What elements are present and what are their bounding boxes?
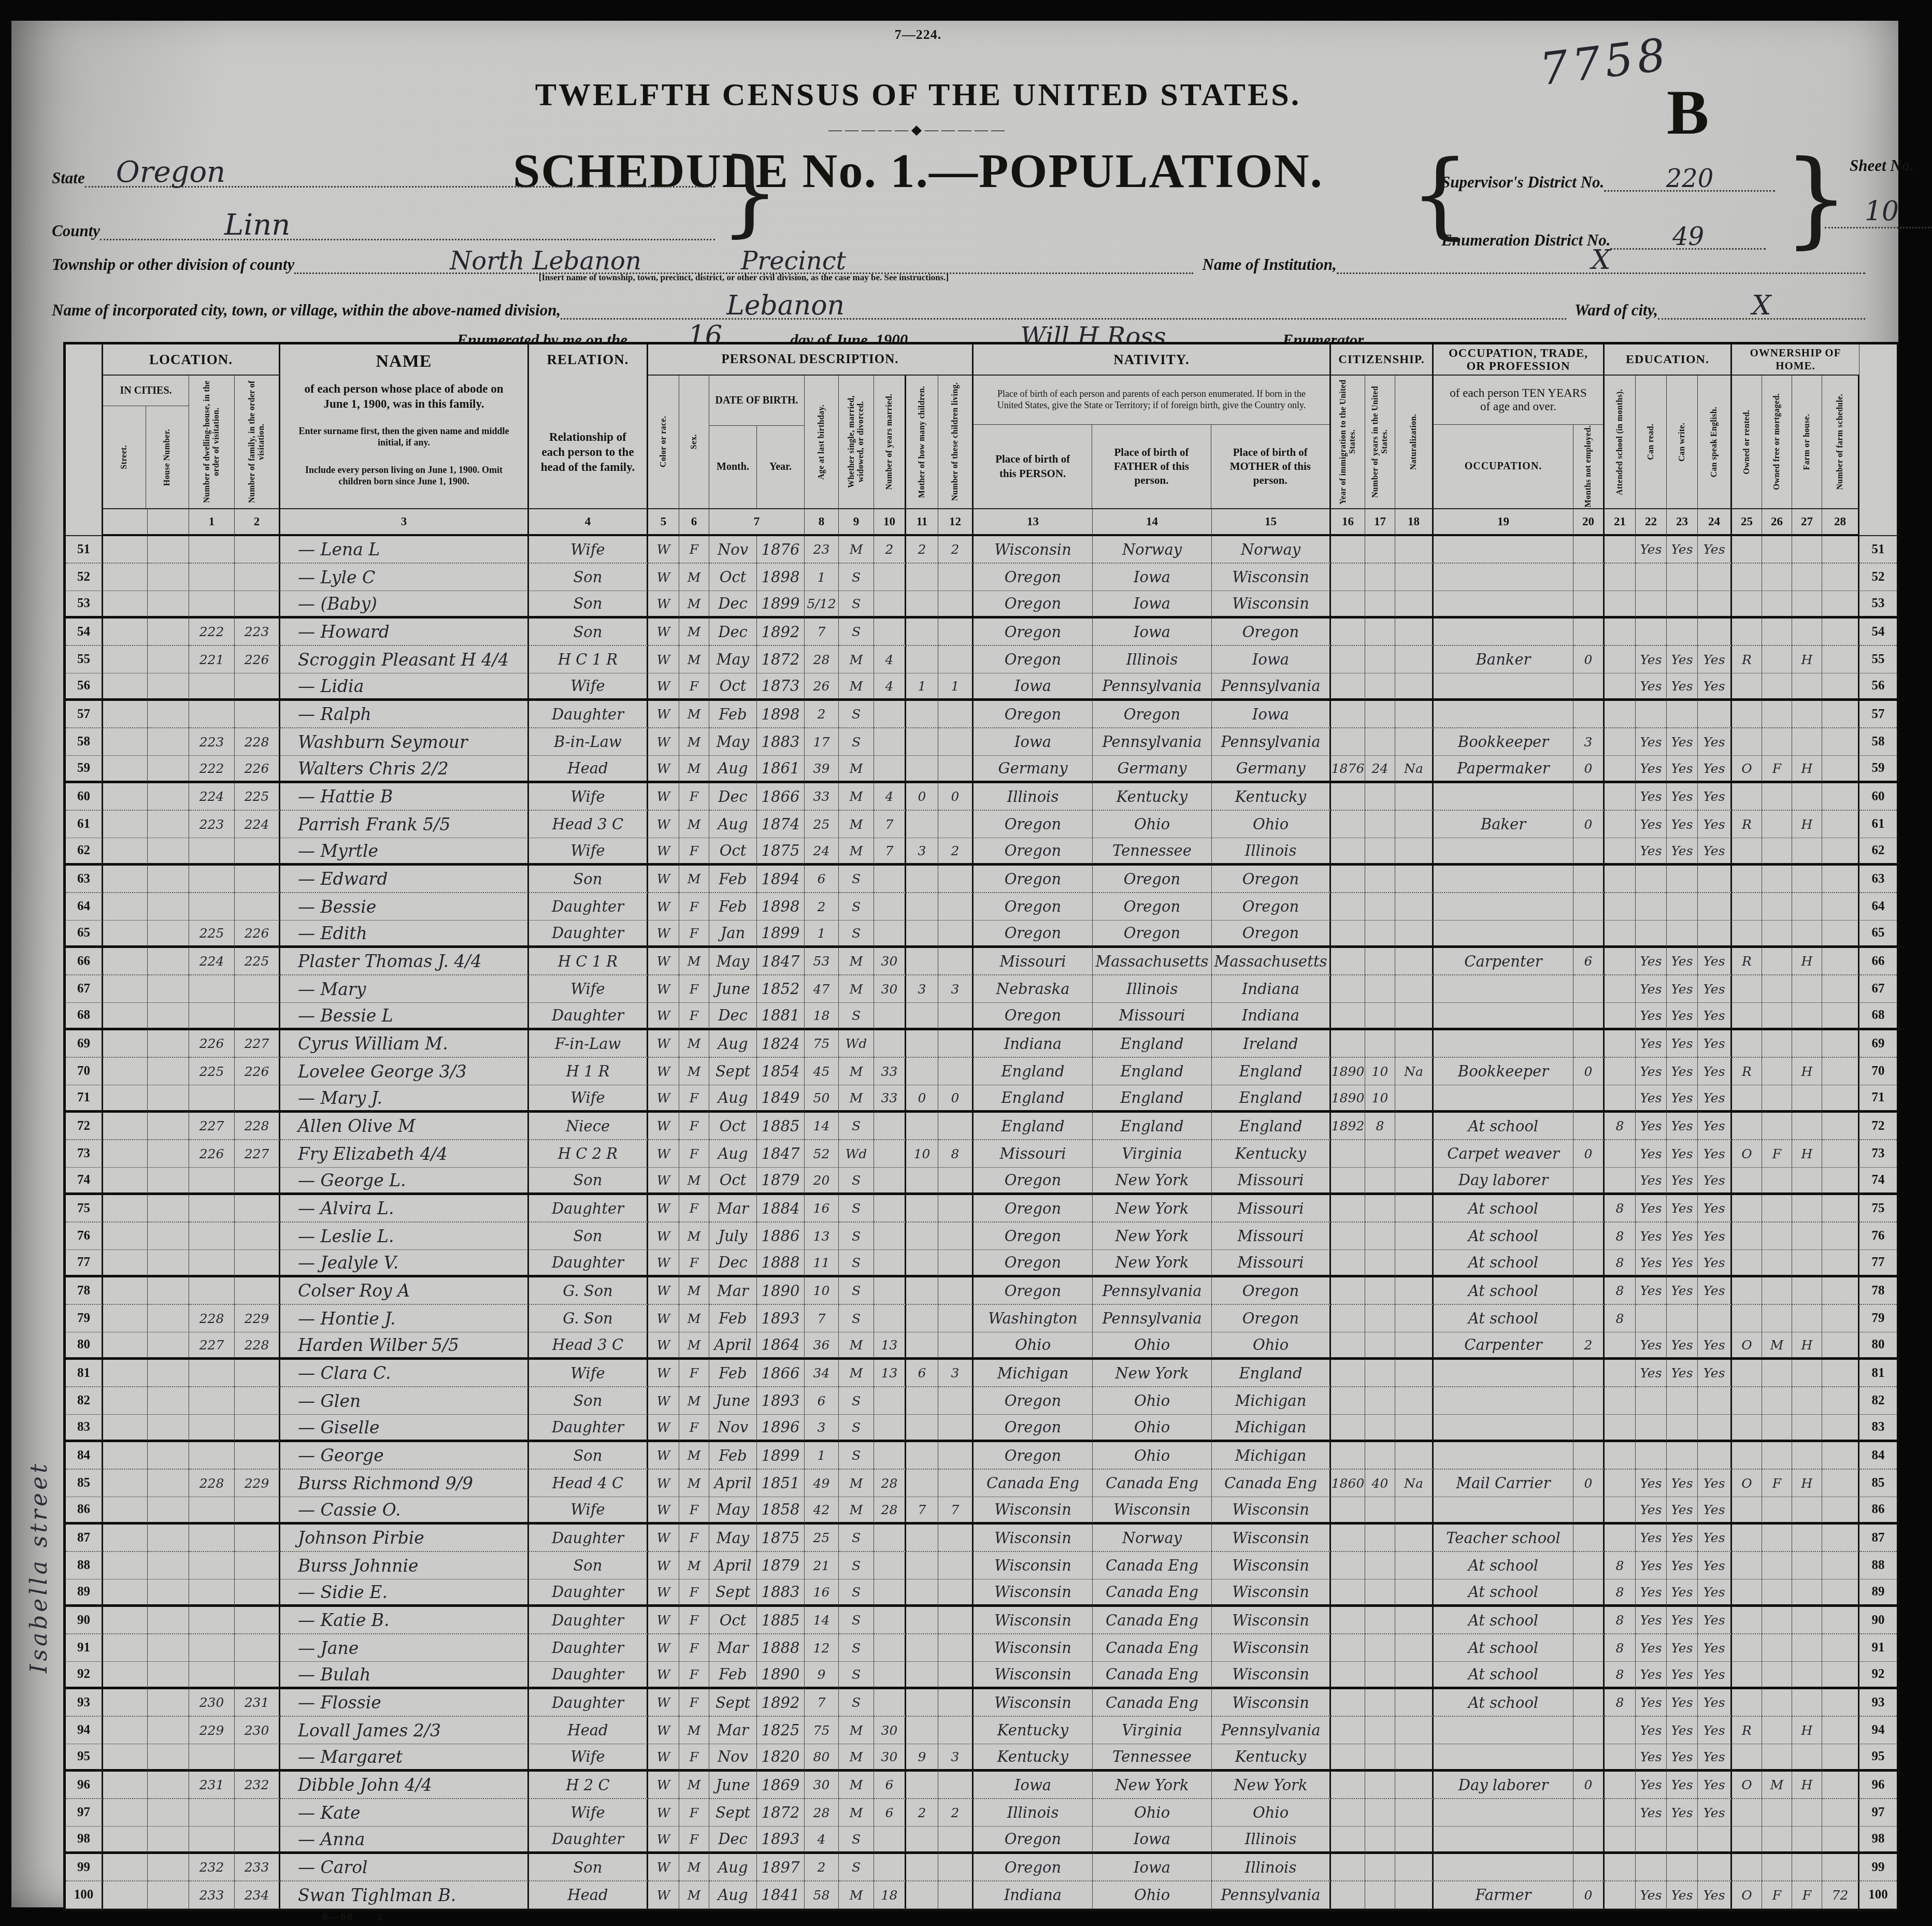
cell-value-rd: Yes [1640,1502,1662,1517]
table-cell-wr [1667,564,1698,591]
cell-value-ms: S [852,1420,861,1435]
cell-value-ms: S [852,1283,861,1298]
table-cell-as [1605,1003,1636,1030]
cell-value-ag: 10 [813,1283,830,1298]
table-cell-hn [148,1113,189,1140]
cell-value-or: R [1742,817,1752,832]
line-number: 69 [66,1030,103,1058]
table-cell-fa [235,1744,280,1772]
table-cell-mc [906,1881,938,1909]
cell-value-mo: May [717,953,749,970]
cell-value-wr: Yes [1671,1090,1693,1105]
cell-value-fh: H [1801,954,1813,969]
table-cell-hn [148,1195,189,1223]
table-cell-as [1605,673,1636,701]
table-cell-mb: Pennsylvania [1212,728,1331,756]
left-brace: { [1410,141,1470,249]
cell-value-mo: Sept [715,1804,750,1821]
cell-value-ag: 17 [813,735,830,750]
table-cell-yr: 1876 [757,536,805,564]
table-cell-co: W [648,1113,679,1140]
table-cell-fb: England [1093,1113,1212,1140]
cell-value-fb: Pennsylvania [1102,733,1201,751]
cell-value-iy: 1890 [1332,1064,1365,1079]
table-cell-yu [1365,1662,1395,1689]
table-cell-oc: At school [1434,1305,1573,1332]
table-cell-wr [1667,591,1698,619]
table-cell-cl [938,1881,974,1909]
cell-value-yr: 1894 [762,870,800,888]
cell-value-mn: 0 [1584,1146,1593,1161]
table-cell-iy [1331,1305,1365,1332]
table-cell-st [103,1223,148,1250]
cell-value-wr: Yes [1671,1008,1693,1023]
table-cell-fs [1822,975,1859,1003]
table-cell-en: Yes [1698,1223,1732,1250]
cell-value-fh: H [1801,652,1813,667]
table-cell-fs [1822,1387,1859,1415]
table-cell-ym: 28 [874,1470,906,1497]
cell-value-mc: 3 [918,982,926,997]
table-cell-ms: S [839,1387,874,1415]
table-cell-ms: M [839,1744,874,1772]
cell-value-pb: Illinois [1007,788,1059,806]
table-cell-fh [1792,1360,1822,1387]
table-cell-en: Yes [1698,838,1732,866]
line-number: 62 [1859,838,1897,866]
table-cell-ag: 26 [805,673,839,701]
table-cell-ms: S [839,1552,874,1579]
table-cell-mn: 0 [1573,1470,1605,1497]
table-cell-or: O [1732,1881,1762,1909]
cell-value-wr: Yes [1671,1613,1693,1628]
table-cell-dw: 227 [189,1332,235,1360]
table-cell-co: W [648,1223,679,1250]
table-cell-ms: S [839,1250,874,1277]
table-cell-en: Yes [1698,1277,1732,1305]
cell-value-rl: Wife [570,1748,605,1765]
table-cell-dw [189,1003,235,1030]
table-cell-yu: 40 [1365,1470,1395,1497]
table-cell-ms: S [839,1607,874,1634]
cell-value-mb: Iowa [1252,706,1289,723]
table-cell-fh [1792,619,1822,646]
table-cell-or [1732,975,1762,1003]
table-cell-rl: Head [529,1881,648,1909]
cell-value-nm: — Jealyle V. [298,1253,398,1273]
table-cell-st [103,646,148,673]
table-cell-yr: 1890 [757,1662,805,1689]
cell-value-as: 8 [1616,1118,1624,1133]
table-cell-co: W [648,1030,679,1058]
table-cell-yr: 1824 [757,1030,805,1058]
table-cell-pb: Oregon [974,921,1093,948]
cell-value-yr: 1872 [762,651,800,668]
cell-value-wr: Yes [1671,1530,1693,1545]
cell-value-cl: 3 [951,1749,960,1764]
cell-value-nm: — Lidia [298,676,364,696]
cell-value-ag: 14 [813,1613,830,1628]
table-cell-oc: Banker [1434,646,1573,673]
table-cell-rd: Yes [1636,1195,1667,1223]
cell-value-co: W [657,542,670,557]
table-cell-yr: 1879 [757,1168,805,1195]
cell-value-sx: F [690,1502,698,1517]
line-number: 73 [66,1140,103,1168]
group-occupation: OCCUPATION, TRADE, OR PROFESSION [1434,344,1605,376]
table-cell-hn [148,1168,189,1195]
table-cell-fs [1822,1634,1859,1662]
table-cell-fb: Pennsylvania [1093,1277,1212,1305]
table-cell-hn [148,673,189,701]
table-cell-ym [874,1607,906,1634]
table-cell-mb: Michigan [1212,1415,1331,1442]
cell-value-cl: 3 [951,1366,960,1381]
cell-value-rd: Yes [1640,1613,1662,1628]
table-cell-nm: Swan Tighlman B. [280,1881,529,1909]
cell-value-sx: F [690,679,698,694]
cell-value-mb: Missouri [1237,1254,1304,1271]
table-cell-dw: 233 [189,1881,235,1909]
table-cell-sx: F [679,673,709,701]
table-cell-fa [235,564,280,591]
table-cell-oc [1434,1442,1573,1470]
cell-value-mc: 0 [918,789,926,804]
table-cell-mc: 9 [906,1744,938,1772]
table-cell-mb: England [1212,1058,1331,1085]
table-cell-mb: Massachusetts [1212,948,1331,975]
cell-value-pb: Iowa [1014,733,1051,751]
table-cell-yr: 1864 [757,1332,805,1360]
table-cell-as: 8 [1605,1305,1636,1332]
table-cell-nm: — Sidie E. [280,1579,529,1607]
table-cell-iy [1331,1277,1365,1305]
table-cell-fh [1792,1744,1822,1772]
cell-value-dw: 223 [199,817,224,832]
table-cell-fs [1822,1250,1859,1277]
table-cell-co: W [648,564,679,591]
cell-value-ag: 6 [818,871,826,886]
cell-value-fb: Norway [1122,541,1182,558]
cell-value-pb: Wisconsin [994,1557,1071,1574]
table-cell-co: W [648,948,679,975]
table-cell-yr: 1869 [757,1772,805,1799]
cell-value-nm: — Hontie J. [298,1309,395,1329]
table-cell-st [103,811,148,838]
cell-value-wr: Yes [1671,542,1693,557]
cell-value-wr: Yes [1671,1777,1693,1792]
table-cell-pb: Illinois [974,1799,1093,1827]
table-cell-sx: F [679,1689,709,1717]
table-cell-fa [235,536,280,564]
table-cell-cl [938,1689,974,1717]
cell-value-yr: 1896 [762,1418,800,1436]
cell-value-ym: 13 [881,1338,898,1353]
table-cell-as [1605,1497,1636,1525]
cell-value-or: O [1741,761,1752,776]
table-cell-st [103,893,148,921]
table-cell-sx: M [679,1058,709,1085]
cell-value-dw: 222 [199,761,224,776]
table-cell-fh [1792,1525,1822,1552]
table-cell-rl: Wife [529,1085,648,1113]
cell-value-oc: At school [1468,1694,1538,1712]
table-cell-rd: Yes [1636,1332,1667,1360]
cell-value-mo: Dec [718,1007,748,1024]
table-cell-fb: Oregon [1093,893,1212,921]
table-cell-ym [874,921,906,948]
table-cell-st [103,1552,148,1579]
table-cell-ag: 39 [805,756,839,783]
table-cell-or [1732,1799,1762,1827]
table-cell-fb: Tennessee [1093,1744,1212,1772]
cell-value-en: Yes [1704,1201,1725,1216]
table-cell-ag: 50 [805,1085,839,1113]
cell-value-fb: England [1120,1089,1183,1106]
table-cell-or [1732,619,1762,646]
cell-value-co: W [657,1558,670,1573]
cell-value-fa: 226 [245,926,269,941]
cell-value-nm: — Sidie E. [298,1582,388,1602]
table-cell-ag: 53 [805,948,839,975]
table-cell-yu [1365,1579,1395,1607]
table-cell-ag: 7 [805,1689,839,1717]
table-cell-cl: 3 [938,1744,974,1772]
table-cell-fm [1762,1415,1792,1442]
table-cell-st [103,1607,148,1634]
cell-value-fb: Canada Eng [1106,1612,1198,1629]
supervisors-district-value: 220 [1604,164,1775,193]
table-cell-rl: Son [529,1442,648,1470]
table-cell-pb: Michigan [974,1360,1093,1387]
cell-value-yr: 1884 [762,1200,800,1217]
cell-value-fh: H [1801,1338,1813,1353]
table-cell-mc [906,1223,938,1250]
table-cell-fh [1792,975,1822,1003]
institution-value: X [1337,245,1865,276]
table-cell-cl [938,1827,974,1854]
cell-value-fb: Oregon [1124,706,1181,723]
cell-value-yr: 1858 [762,1501,800,1518]
table-cell-iy: 1860 [1331,1470,1365,1497]
cell-value-wr: Yes [1671,1585,1693,1600]
table-cell-as [1605,1140,1636,1168]
table-cell-mb: Iowa [1212,646,1331,673]
cell-value-fh: F [1802,1888,1811,1903]
cell-value-pb: Oregon [1005,595,1062,612]
table-cell-na [1395,1579,1434,1607]
cell-value-rl: Head 4 C [552,1474,623,1492]
cell-value-pb: Oregon [1005,1418,1062,1436]
cell-value-pb: Germany [998,759,1067,777]
table-cell-fs [1822,1579,1859,1607]
cell-value-wr: Yes [1671,1695,1693,1710]
table-cell-sx: F [679,783,709,811]
line-number: 61 [1859,811,1897,838]
cell-value-pb: Missouri [999,953,1066,970]
table-cell-as [1605,893,1636,921]
table-cell-ym: 13 [874,1332,906,1360]
table-cell-sx: F [679,1003,709,1030]
cell-value-fh: H [1801,1476,1813,1491]
table-cell-dw [189,1497,235,1525]
cell-value-nm: Lovall James 2/3 [298,1720,441,1741]
table-cell-yr: 1825 [757,1717,805,1744]
table-cell-iy [1331,866,1365,893]
table-cell-en: Yes [1698,1881,1732,1909]
table-cell-rl: Head [529,1717,648,1744]
table-cell-en: Yes [1698,1799,1732,1827]
table-cell-ym [874,564,906,591]
table-cell-en [1698,564,1732,591]
cell-value-yr: 1866 [762,788,800,806]
table-cell-fs: 72 [1822,1881,1859,1909]
cell-value-pb: Michigan [997,1364,1069,1382]
cell-value-mo: Aug [718,1089,748,1106]
cell-value-fb: Norway [1122,1529,1182,1547]
table-cell-fm [1762,1360,1792,1387]
cell-value-rd: Yes [1640,1888,1662,1903]
cell-value-sx: F [690,1749,698,1764]
table-cell-fs [1822,1168,1859,1195]
table-cell-rd: Yes [1636,1250,1667,1277]
cell-value-mb: Ohio [1253,815,1289,833]
table-cell-fb: Canada Eng [1093,1662,1212,1689]
table-cell-mc: 3 [906,975,938,1003]
table-cell-nm: — Lena L [280,536,529,564]
cell-value-nm: — Mary J. [298,1088,382,1108]
table-cell-ms: S [839,728,874,756]
table-cell-na [1395,975,1434,1003]
birthplace-person-column-header: Place of birth of this PERSON. [974,425,1092,508]
cell-value-pb: Ohio [1015,1336,1051,1354]
table-cell-mb: Kentucky [1212,1744,1331,1772]
table-cell-mb: Illinois [1212,1827,1331,1854]
table-cell-sx: F [679,536,709,564]
table-cell-sx: F [679,1607,709,1634]
table-cell-mb: Wisconsin [1212,1662,1331,1689]
cell-value-mo: Dec [718,1254,748,1271]
cell-value-pb: Oregon [1005,870,1062,888]
cell-value-nm: — Bulah [298,1664,370,1685]
table-cell-sx: F [679,1634,709,1662]
cell-value-rl: Wife [570,842,605,859]
table-cell-ms: M [839,1717,874,1744]
table-cell-rd [1636,1305,1667,1332]
line-number: 84 [1859,1442,1897,1470]
cell-value-ag: 16 [813,1201,830,1216]
table-cell-pb: Kentucky [974,1717,1093,1744]
cell-value-ag: 49 [813,1476,830,1491]
table-cell-wr: Yes [1667,1634,1698,1662]
cell-value-co: W [657,1777,670,1792]
cell-value-wr: Yes [1671,1749,1693,1764]
district-block: { Supervisor's District No. 220 Enumerat… [1441,151,1897,250]
table-cell-fb: Norway [1093,1525,1212,1552]
table-cell-fm [1762,1305,1792,1332]
table-cell-cl: 1 [938,673,974,701]
table-cell-co: W [648,1881,679,1909]
table-cell-mn: 0 [1573,646,1605,673]
line-number: 74 [1859,1168,1897,1195]
table-cell-mn [1573,1662,1605,1689]
table-cell-fh [1792,1305,1822,1332]
table-cell-nm: — Katie B. [280,1607,529,1634]
table-cell-en: Yes [1698,1168,1732,1195]
table-cell-na [1395,893,1434,921]
table-cell-as: 8 [1605,1250,1636,1277]
line-number: 72 [66,1113,103,1140]
cell-value-rl: Son [573,595,602,612]
cell-value-oc: At school [1468,1665,1538,1683]
cell-value-mb: Wisconsin [1232,1612,1309,1629]
table-cell-dw: 222 [189,619,235,646]
table-cell-dw [189,1387,235,1415]
table-cell-mo: Jan [709,921,757,948]
cell-value-fb: Virginia [1122,1721,1182,1739]
table-cell-rd: Yes [1636,1799,1667,1827]
cell-value-rl: Daughter [552,1694,624,1712]
table-cell-mn [1573,1827,1605,1854]
table-cell-pb: Iowa [974,673,1093,701]
cell-value-ms: M [850,1749,863,1764]
nativity-note: Place of birth of each person and parent… [974,376,1329,425]
table-cell-mb: Illinois [1212,838,1331,866]
table-cell-iy [1331,975,1365,1003]
table-cell-hn [148,921,189,948]
relation-title: RELATION. [537,352,638,368]
table-cell-yu [1365,1827,1395,1854]
years-married-column-header: Number of years married. [874,376,906,509]
table-cell-na [1395,1442,1434,1470]
table-cell-ag: 1 [805,1442,839,1470]
table-cell-ym [874,1415,906,1442]
cell-value-dw: 226 [199,1036,224,1051]
table-cell-mo: Feb [709,893,757,921]
cell-value-sx: M [688,1393,701,1408]
cell-value-mo: Oct [720,1117,747,1135]
line-number: 98 [1859,1827,1897,1854]
table-cell-pb: Missouri [974,1140,1093,1168]
state-line: Oregon [85,162,715,188]
table-cell-nm: — Ralph [280,701,529,728]
table-cell-rd: Yes [1636,1470,1667,1497]
cell-value-nm: — (Baby) [298,594,377,614]
cell-value-rl: Daughter [552,1830,624,1848]
cell-value-wr: Yes [1671,1723,1693,1738]
cell-value-co: W [657,1860,670,1875]
table-cell-iy [1331,591,1365,619]
table-cell-nm: Parrish Frank 5/5 [280,811,529,838]
table-cell-or [1732,921,1762,948]
table-cell-co: W [648,1085,679,1113]
line-number: 83 [1859,1415,1897,1442]
table-cell-mn [1573,1579,1605,1607]
table-cell-cl [938,1113,974,1140]
table-cell-dw [189,1579,235,1607]
cell-value-nm: — Hattie B [298,786,393,807]
cell-value-wr: Yes [1671,1888,1693,1903]
table-cell-sx: M [679,619,709,646]
table-cell-yr: 1852 [757,975,805,1003]
table-cell-fb: Pennsylvania [1093,673,1212,701]
table-cell-wr: Yes [1667,756,1698,783]
table-cell-hn [148,783,189,811]
cell-value-co: W [657,899,670,914]
table-cell-mc: 1 [906,673,938,701]
cell-value-rl: Daughter [552,1529,624,1547]
table-cell-mo: June [709,1387,757,1415]
